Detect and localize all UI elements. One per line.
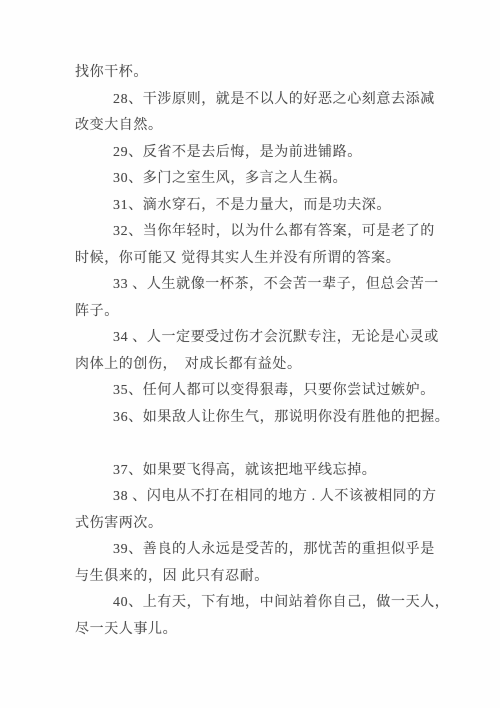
text-line: 40、上有天，下有地，中间站着你自己，做一天人， <box>75 590 431 617</box>
text-line: 35、任何人都可以变得狠毒，只要你尝试过嫉妒。 <box>75 378 431 405</box>
text-line: 38 、闪电从不打在相同的地方 . 人不该被相同的方 <box>75 484 431 511</box>
text-line: 阵子。 <box>75 299 431 326</box>
text-line: 29、反省不是去后悔，是为前进铺路。 <box>75 140 431 167</box>
blank-line <box>75 431 431 458</box>
text-line: 33 、人生就像一杯茶，不会苦一辈子，但总会苦一 <box>75 272 431 299</box>
text-line: 32、当你年轻时，以为什么都有答案，可是老了的 <box>75 219 431 246</box>
text-line: 36、如果敌人让你生气，那说明你没有胜他的把握。 <box>75 405 431 432</box>
text-line: 30、多门之室生风，多言之人生祸。 <box>75 166 431 193</box>
text-line: 31、滴水穿石，不是力量大，而是功夫深。 <box>75 193 431 220</box>
text-line: 39、善良的人永远是受苦的，那忧苦的重担似乎是 <box>75 537 431 564</box>
document-text: 找你干杯。28、干涉原则，就是不以人的好恶之心刻意去添减改变大自然。29、反省不… <box>75 60 431 643</box>
text-line: 37、如果要飞得高，就该把地平线忘掉。 <box>75 458 431 485</box>
text-line: 尽一天人事儿。 <box>75 617 431 644</box>
document-page: 找你干杯。28、干涉原则，就是不以人的好恶之心刻意去添减改变大自然。29、反省不… <box>0 0 500 708</box>
text-line: 时候，你可能又 觉得其实人生并没有所谓的答案。 <box>75 246 431 273</box>
text-line: 肉体上的创伤， 对成长都有益处。 <box>75 352 431 379</box>
text-line: 找你干杯。 <box>75 60 431 87</box>
text-line: 28、干涉原则，就是不以人的好恶之心刻意去添减 <box>75 87 431 114</box>
text-line: 34 、人一定要受过伤才会沉默专注，无论是心灵或 <box>75 325 431 352</box>
text-line: 式伤害两次。 <box>75 511 431 538</box>
text-line: 改变大自然。 <box>75 113 431 140</box>
text-line: 与生俱来的，因 此只有忍耐。 <box>75 564 431 591</box>
